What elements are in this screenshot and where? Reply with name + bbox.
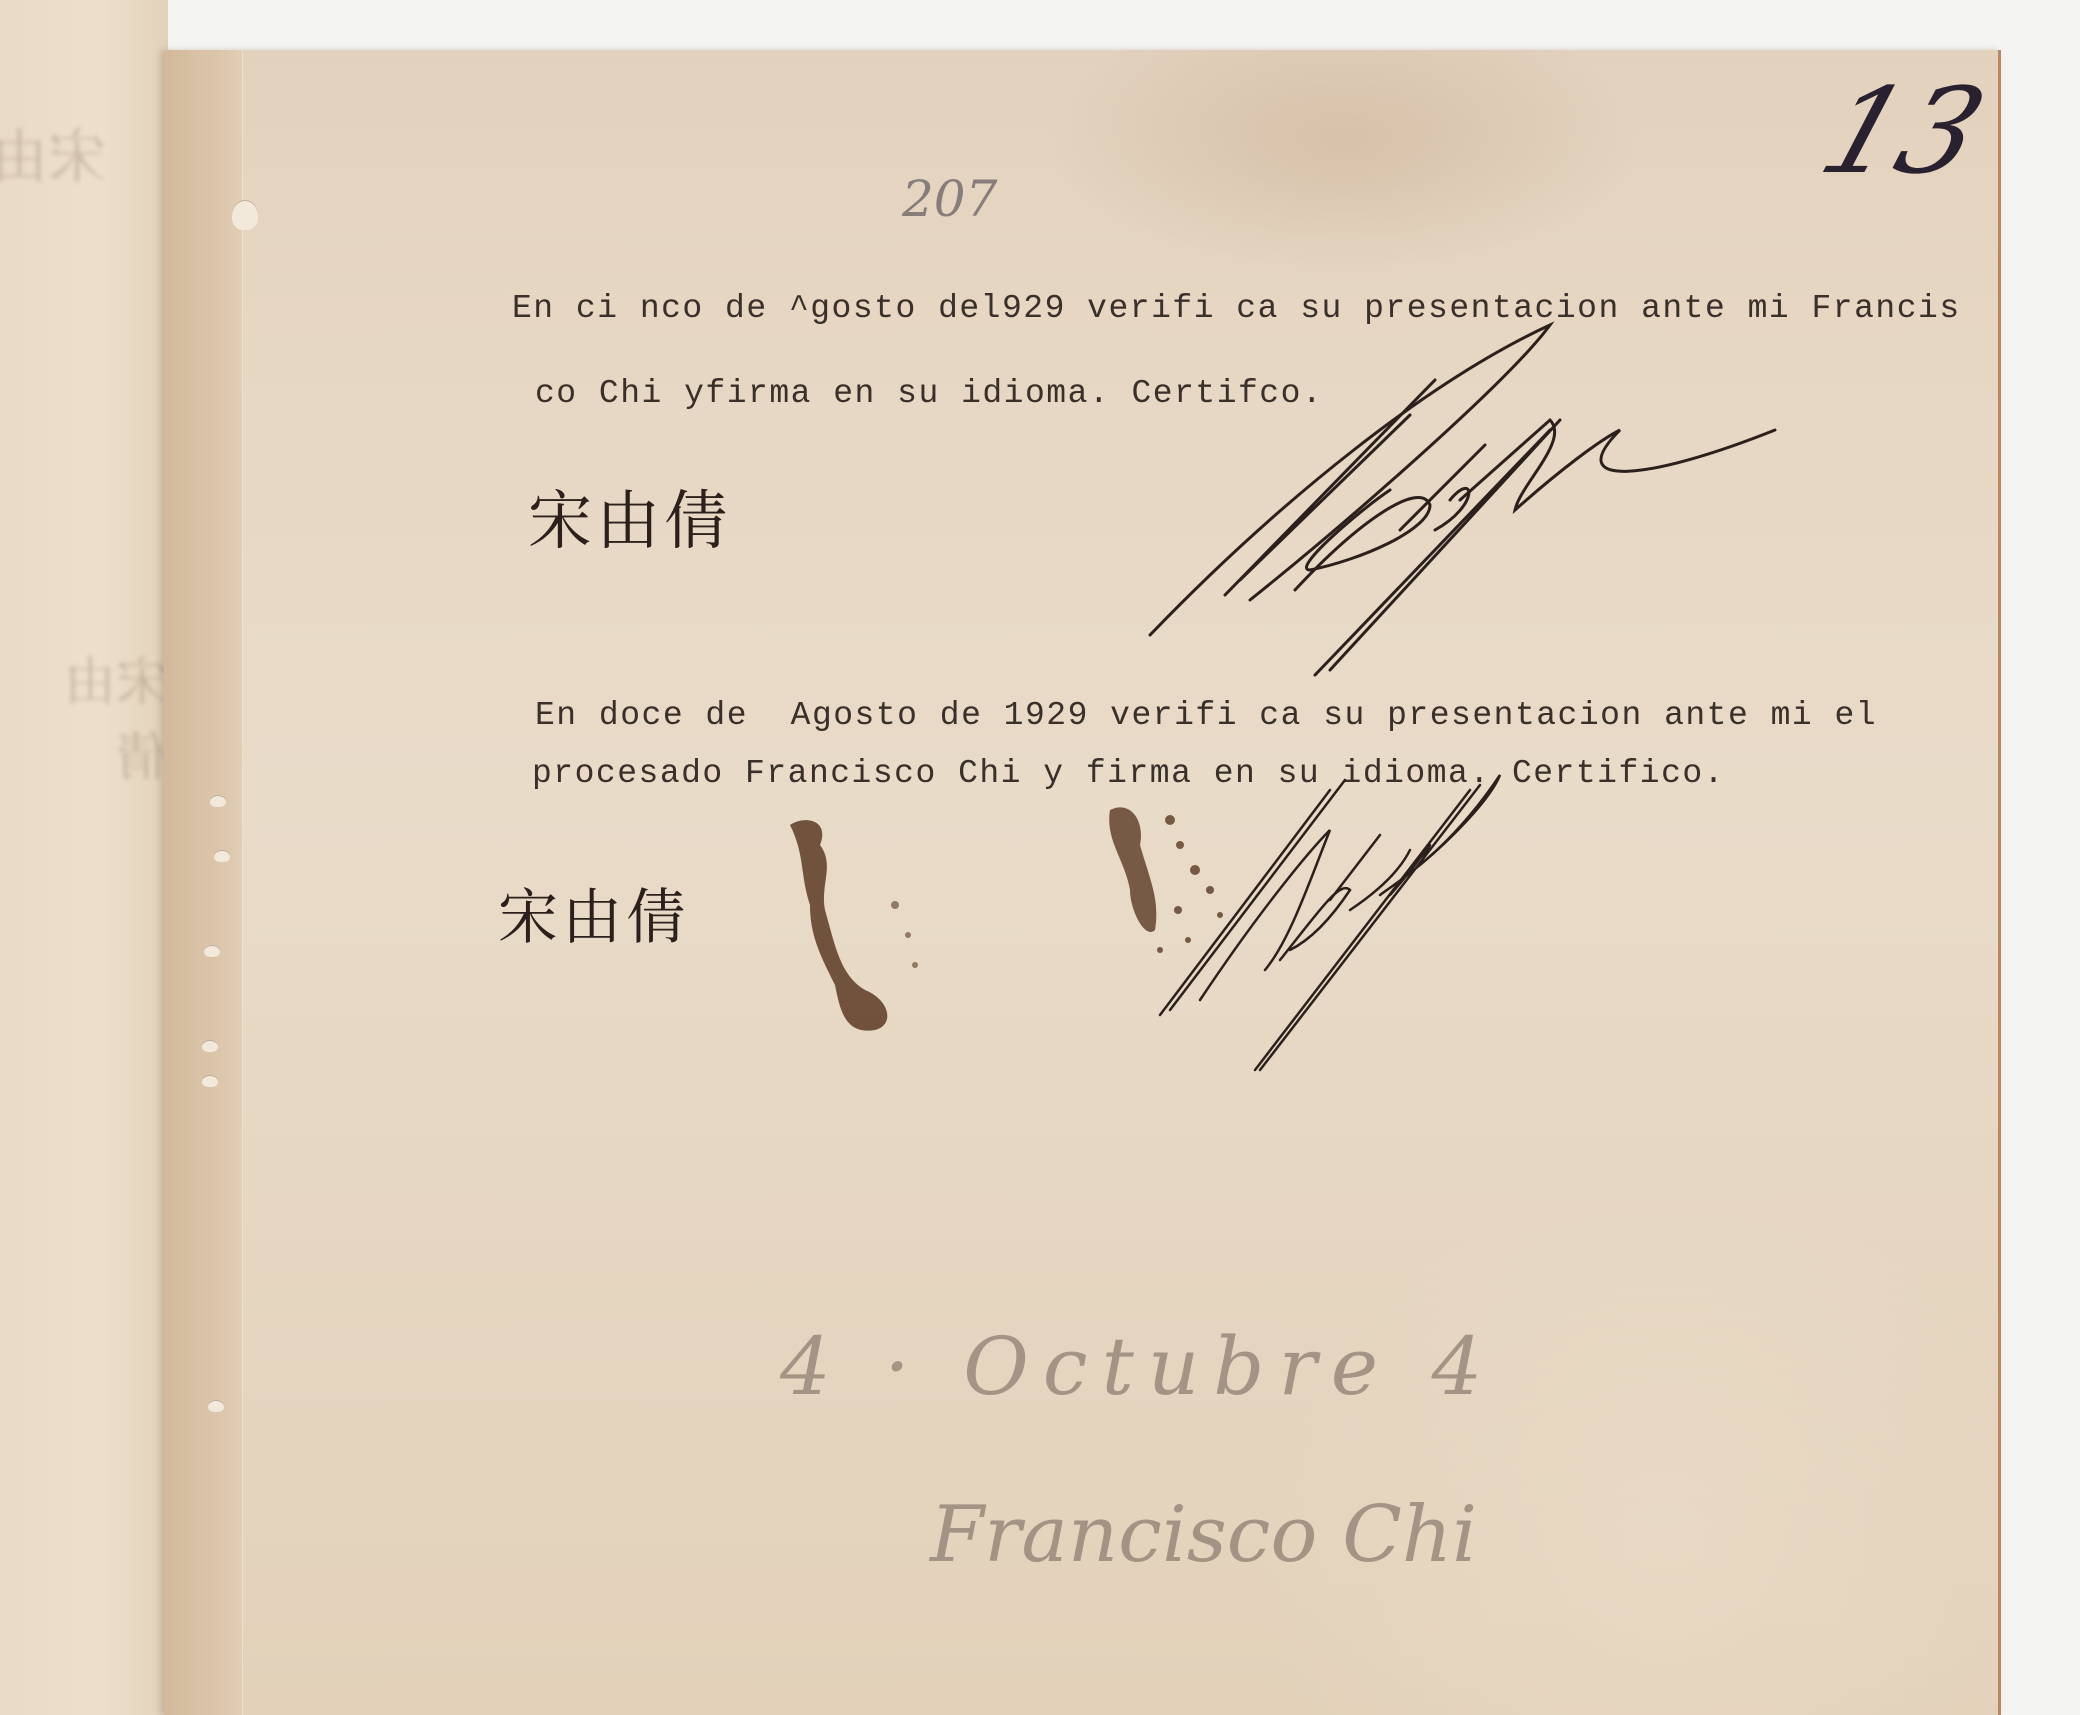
chinese-signature-1: 宋由倩 [528, 470, 732, 562]
binding-hole [202, 1075, 218, 1087]
binding-hole [204, 945, 220, 957]
folio-number-pencil: 207 [902, 170, 997, 228]
entry-2-line-1: En doce de Agosto de 1929 verifi ca su p… [535, 697, 1877, 734]
binding-spine [164, 50, 243, 1715]
binding-hole [208, 1400, 224, 1412]
binding-hole [210, 795, 226, 807]
binding-hole [202, 1040, 218, 1052]
binding-hole [232, 200, 258, 230]
fingerprint-smudge [1100, 790, 1260, 970]
ink-stain [780, 815, 960, 1035]
official-signature-1 [1130, 320, 1780, 680]
pencil-note-date: 4 · Octubre 4 [780, 1320, 1496, 1413]
bleed-through-text: 宋由倩 [40, 640, 168, 790]
left-facing-page: 宋由 宋由倩 [0, 0, 168, 1715]
pencil-note-name: Francisco Chi [930, 1490, 1477, 1580]
chinese-signature-2: 宋由倩 [498, 870, 690, 956]
binding-hole [214, 850, 230, 862]
bleed-through-text: 宋由 [0, 110, 106, 194]
